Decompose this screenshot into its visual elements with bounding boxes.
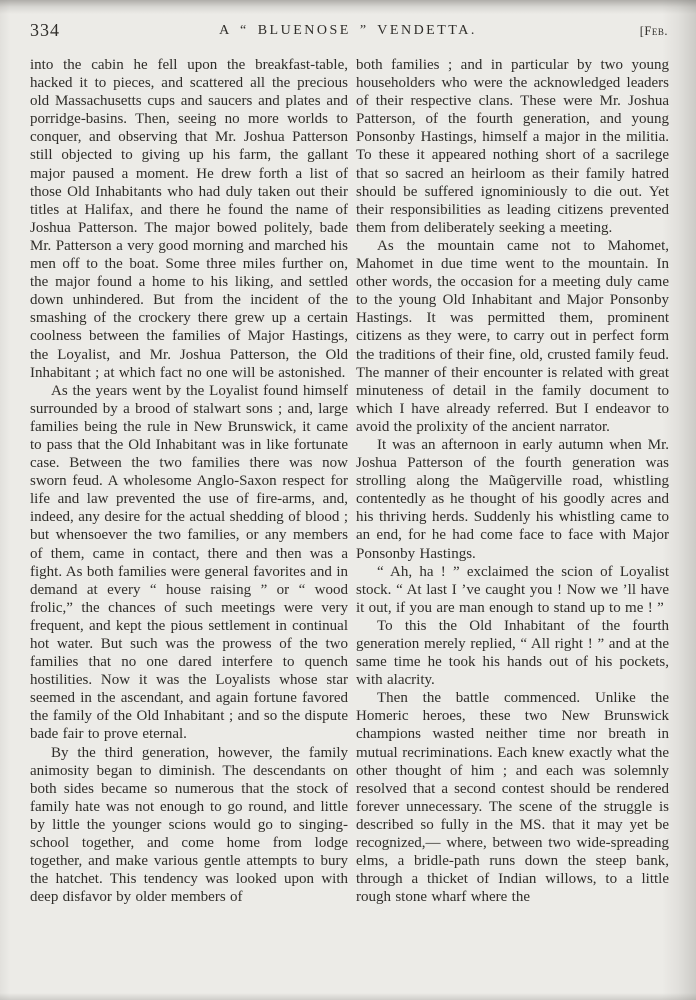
paragraph: By the third generation, however, the fa… [30, 744, 348, 907]
paragraph: Then the battle commenced. Unlike the Ho… [356, 689, 669, 906]
book-page: 334 A “ BLUENOSE ” VENDETTA. [Feb. into … [0, 0, 696, 1000]
issue-tag: [Feb. [640, 24, 668, 39]
page-number: 334 [30, 20, 60, 41]
page-header: 334 A “ BLUENOSE ” VENDETTA. [Feb. [0, 20, 696, 42]
paragraph: into the cabin he fell upon the breakfas… [30, 56, 348, 382]
paragraph: To this the Old Inhabitant of the fourth… [356, 617, 669, 689]
paragraph: As the mountain came not to Mahomet, Mah… [356, 237, 669, 436]
paragraph: As the years went by the Loyalist found … [30, 382, 348, 744]
right-column: both families ; and in particular by two… [356, 56, 669, 906]
paragraph: It was an afternoon in early autumn when… [356, 436, 669, 563]
paragraph: “ Ah, ha ! ” exclaimed the scion of Loya… [356, 563, 669, 617]
running-title: A “ BLUENOSE ” VENDETTA. [0, 20, 696, 39]
paragraph: both families ; and in particular by two… [356, 56, 669, 237]
left-column: into the cabin he fell upon the breakfas… [30, 56, 348, 906]
